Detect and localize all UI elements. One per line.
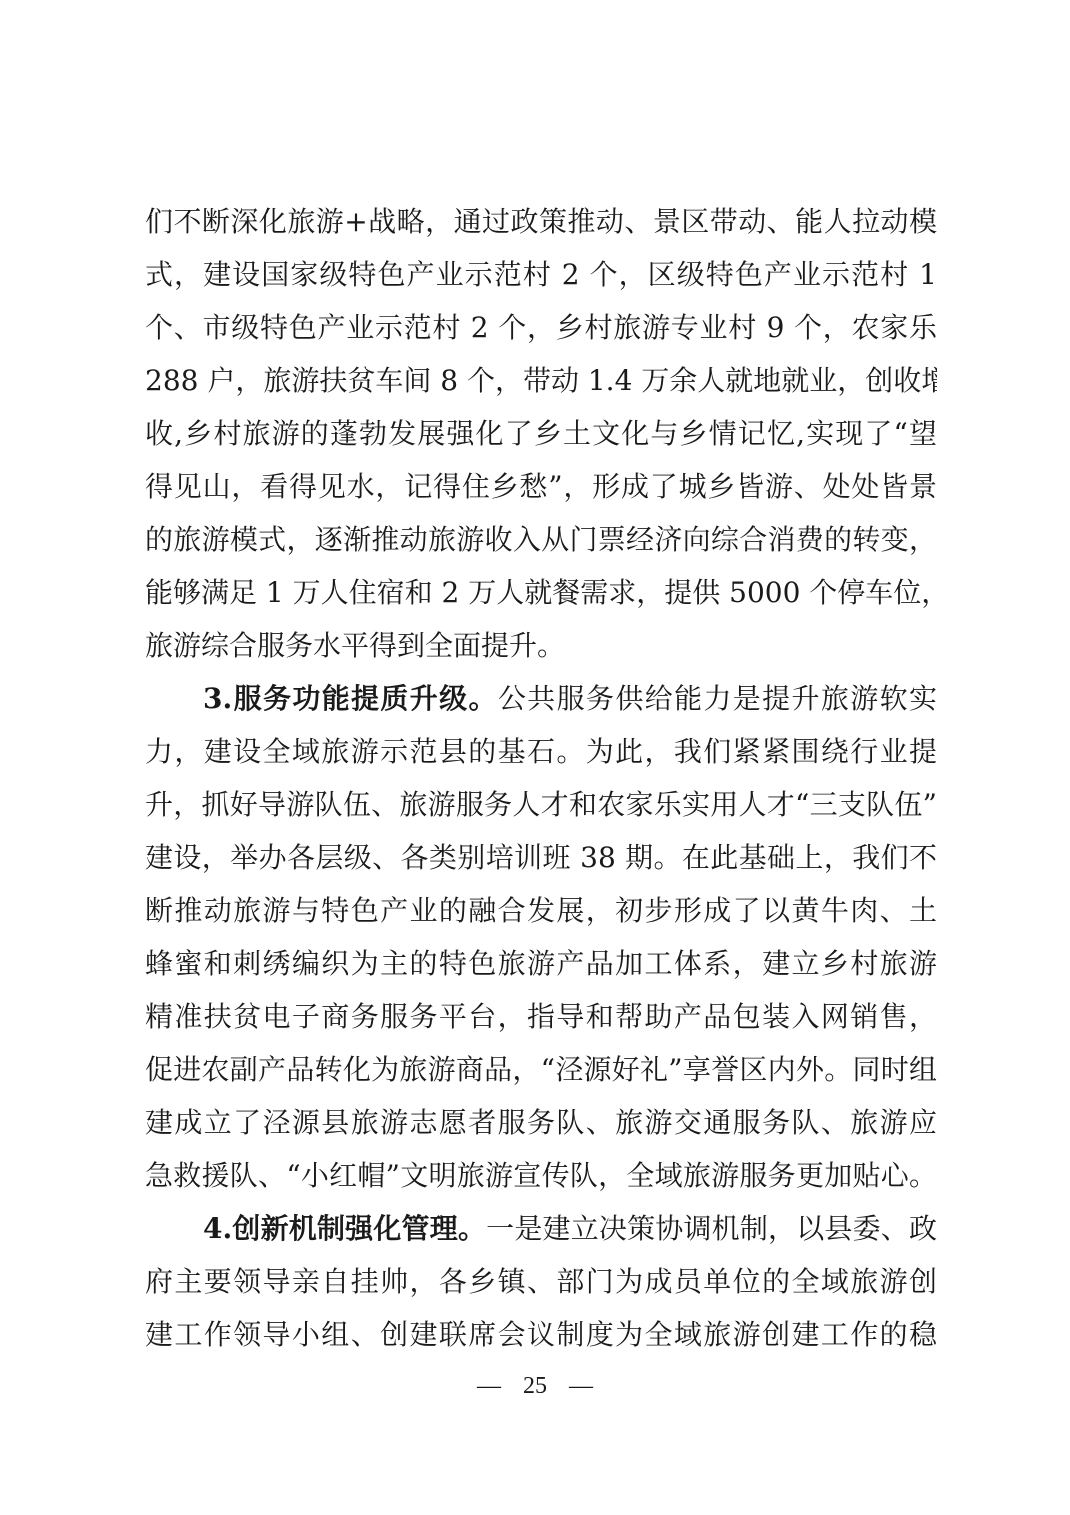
section-heading-3: 3.服务功能提质升级。 xyxy=(203,682,498,715)
text-line: 蜂蜜和刺绣编织为主的特色旅游产品加工体系，建立乡村旅游 xyxy=(145,937,937,990)
section-3-first-line: 3.服务功能提质升级。公共服务供给能力是提升旅游软实 xyxy=(145,672,937,725)
text-line: 精准扶贫电子商务服务平台，指导和帮助产品包装入网销售， xyxy=(145,990,937,1043)
dash-left: — xyxy=(477,1373,501,1400)
text-line: 能够满足 1 万人住宿和 2 万人就餐需求，提供 5000 个停车位， xyxy=(145,566,937,619)
text-line: 断推动旅游与特色产业的融合发展，初步形成了以黄牛肉、土 xyxy=(145,884,937,937)
text-line: 旅游综合服务水平得到全面提升。 xyxy=(145,619,937,672)
text-line: 府主要领导亲自挂帅，各乡镇、部门为成员单位的全域旅游创 xyxy=(145,1255,937,1308)
text-line: 的旅游模式，逐渐推动旅游收入从门票经济向综合消费的转变， xyxy=(145,513,937,566)
text-line: 个、市级特色产业示范村 2 个，乡村旅游专业村 9 个，农家乐 xyxy=(145,301,937,354)
section-4-first-line: 4.创新机制强化管理。一是建立决策协调机制，以县委、政 xyxy=(145,1202,937,1255)
text-line: 力，建设全域旅游示范县的基石。为此，我们紧紧围绕行业提 xyxy=(145,725,937,778)
section-heading-4: 4.创新机制强化管理。 xyxy=(203,1212,486,1245)
text-line: 288 户，旅游扶贫车间 8 个，带动 1.4 万余人就地就业，创收增 xyxy=(145,354,937,407)
body-text: 们不断深化旅游+战略，通过政策推动、景区带动、能人拉动模 式，建设国家级特色产业… xyxy=(145,195,937,1361)
text-line: 建设，举办各层级、各类别培训班 38 期。在此基础上，我们不 xyxy=(145,831,937,884)
text-line: 收,乡村旅游的蓬勃发展强化了乡土文化与乡情记忆,实现了“望 xyxy=(145,407,937,460)
page-number: 25 xyxy=(523,1373,547,1399)
section-4-text: 一是建立决策协调机制，以县委、政 xyxy=(486,1212,937,1245)
section-3-text: 公共服务供给能力是提升旅游软实 xyxy=(498,682,937,715)
text-line: 式，建设国家级特色产业示范村 2 个，区级特色产业示范村 1 xyxy=(145,248,937,301)
text-line: 建工作领导小组、创建联席会议制度为全域旅游创建工作的稳 xyxy=(145,1308,937,1361)
dash-right: — xyxy=(569,1373,593,1400)
text-line: 得见山，看得见水，记得住乡愁”，形成了城乡皆游、处处皆景 xyxy=(145,460,937,513)
text-line: 建成立了泾源县旅游志愿者服务队、旅游交通服务队、旅游应 xyxy=(145,1096,937,1149)
document-page: 们不断深化旅游+战略，通过政策推动、景区带动、能人拉动模 式，建设国家级特色产业… xyxy=(0,0,1070,1515)
text-line: 升，抓好导游队伍、旅游服务人才和农家乐实用人才“三支队伍” xyxy=(145,778,937,831)
text-line: 急救援队、“小红帽”文明旅游宣传队，全域旅游服务更加贴心。 xyxy=(145,1149,937,1202)
text-line: 促进农副产品转化为旅游商品，“泾源好礼”享誉区内外。同时组 xyxy=(145,1043,937,1096)
text-line: 们不断深化旅游+战略，通过政策推动、景区带动、能人拉动模 xyxy=(145,195,937,248)
page-footer: —25— xyxy=(0,1373,1070,1400)
